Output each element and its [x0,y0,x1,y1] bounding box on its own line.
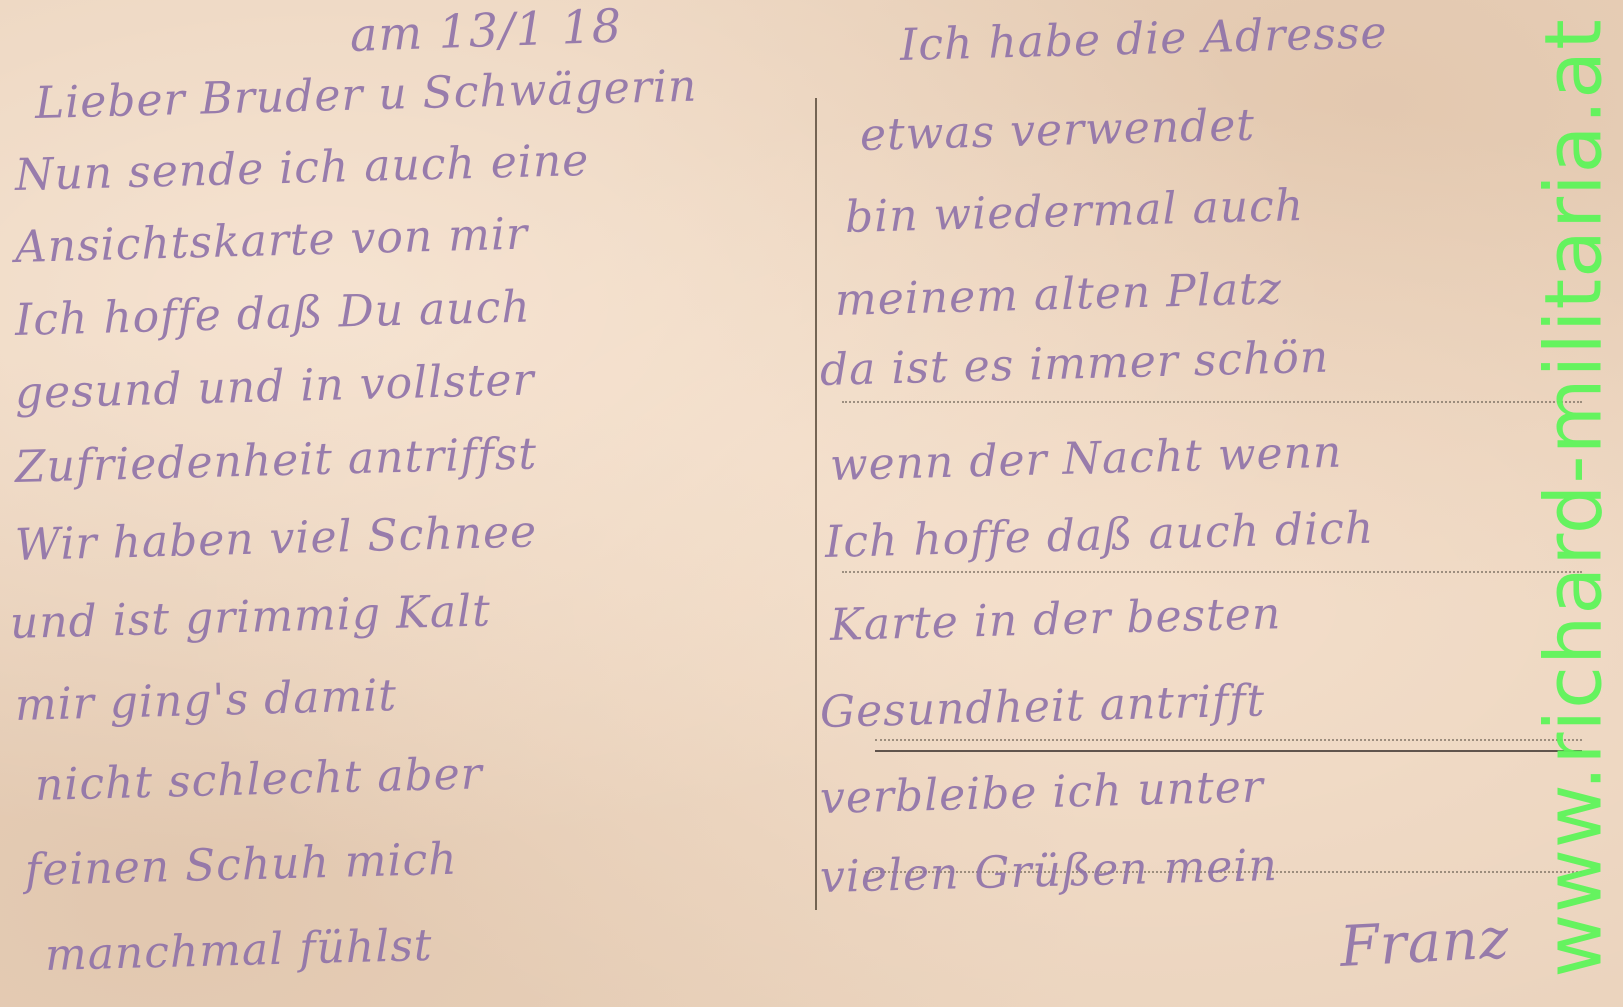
right-line-2: etwas verwendet [859,100,1255,161]
address-line-dotted-3 [875,739,1582,741]
address-line-solid [875,750,1582,752]
postcard-divider [815,98,817,910]
watermark-text: www.richard-militaria.at [1530,18,1620,977]
address-line-dotted-2 [842,571,1582,573]
postcard-date: am 13/1 18 [349,0,623,62]
watermark: www.richard-militaria.at [1535,10,1615,985]
address-line-dotted-1 [842,401,1582,403]
signature: Franz [1338,906,1511,980]
left-line-12: manchmal fühlst [44,920,433,981]
left-line-9: mir ging's damit [14,670,397,731]
